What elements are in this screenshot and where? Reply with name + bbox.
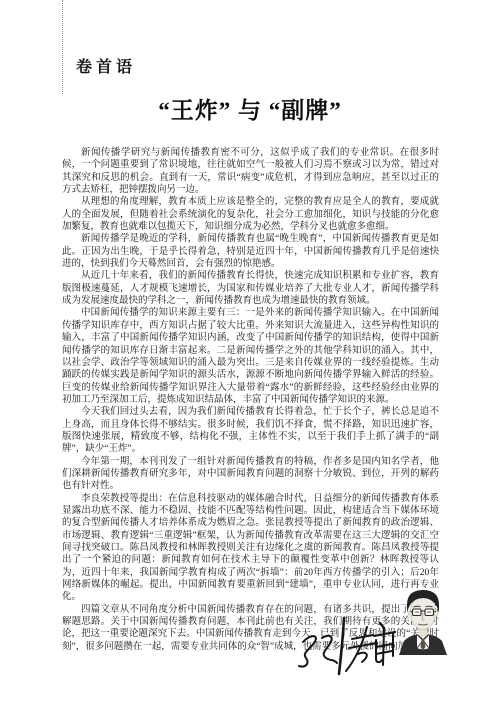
paragraph: 今年第一期，本刊刊发了一组针对新闻传播教育的特稿，作者多是国内知名学者，他们深耕… [62, 456, 439, 493]
paragraph: 中国新闻传播学的知识来源主要有三：一是外来的新闻传播学知识输入。在中国新闻传播学… [62, 307, 439, 406]
paragraph: 李良荣教授等提出：在信息科技驱动的媒体融合时代，日益细分的新闻传播教育体系显露出… [62, 493, 439, 604]
dotted-rule [62, 0, 63, 94]
article-body: 新闻传播学研究与新闻传播教育密不可分，这似乎成了我们的专业常识。在很多时候，一个… [62, 147, 439, 653]
paragraph: 从近几十年来看，我们的新闻传播教育长得快，快速完成知识积累和专业扩容，教育版图极… [62, 270, 439, 307]
paragraph: 新闻传播学研究与新闻传播教育密不可分，这似乎成了我们的专业常识。在很多时候，一个… [62, 147, 439, 196]
section-label: 卷首语 [76, 54, 136, 77]
page-title: “王炸” 与 “副牌” [0, 92, 500, 125]
author-photo [397, 587, 449, 655]
paragraph: 今天我们回过头去看，因为我们新闻传播教育长得着急，忙于长个子，裤长总是追不上身高… [62, 406, 439, 455]
paragraph: 新闻传播学是晚近的学科，新闻传播教育也属“晚生晚育”，中国新闻传播教育更是如此。… [62, 233, 439, 270]
foreword-page: 卷首语 “王炸” 与 “副牌” 新闻传播学研究与新闻传播教育密不可分，这似乎成了… [0, 0, 500, 702]
author-signature [294, 610, 398, 678]
paragraph: 从理想的角度理解，教育本质上应该是整全的，完整的教育应是全人的教育，要成就人的全… [62, 196, 439, 233]
